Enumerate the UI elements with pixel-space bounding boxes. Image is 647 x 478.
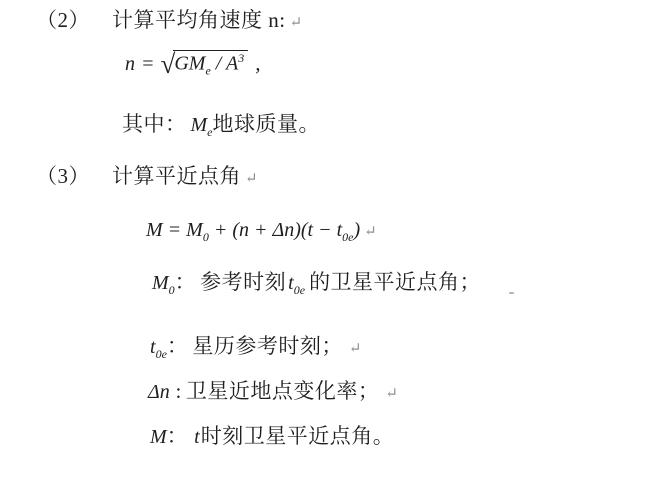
definition-symbol: M (150, 426, 167, 448)
mean-anomaly-formula: M = M0 + (n + Δn)(t − t0e)↵ (146, 218, 377, 245)
equals-sign: = (141, 53, 155, 75)
definition-symbol: Δn (148, 381, 170, 403)
document-page: （2）计算平均角速度 n:↵ n=√GMe / A3, 其中：Me地球质量。 （… (0, 0, 647, 478)
definition-colon: : (170, 379, 182, 403)
section-3-title: 计算平近点角 (112, 164, 241, 188)
definition-colon: ： (175, 270, 197, 294)
note-suffix: 地球质量。 (213, 112, 321, 136)
definition-text: 时刻卫星平近点角。 (201, 424, 395, 448)
formula-lhs: n (125, 53, 135, 75)
inline-symbol-t-subscript: 0e (294, 283, 305, 297)
paragraph-mark-icon: ↵ (364, 224, 377, 240)
definition-text: 卫星近地点变化率； (186, 379, 380, 403)
radicand: GMe / A3 (173, 50, 248, 79)
definition-colon: ： (167, 334, 189, 358)
mean-motion-formula: n=√GMe / A3, (125, 48, 261, 82)
paragraph-mark-icon: ↵ (385, 386, 398, 402)
definition-symbol: M (152, 272, 169, 294)
definition-symbol-subscript: 0e (156, 347, 167, 361)
paragraph-mark-icon: ↵ (349, 341, 362, 357)
radicand-a-exponent: 3 (238, 51, 244, 65)
stray-mark (509, 292, 514, 294)
formula-part1: M = M (146, 219, 203, 241)
radicand-gm: GM (174, 53, 205, 75)
formula-t0e-subscript: 0e (342, 230, 353, 244)
definition-post-text: 的卫星平近点角； (309, 270, 481, 294)
formula-part2: + (n + Δn)(t − t (209, 219, 342, 241)
definition-m0: M0：参考时刻t0e的卫星平近点角； (152, 269, 481, 298)
inline-symbol-t: t (194, 426, 200, 448)
radical-sign-icon: √ (161, 49, 174, 79)
definition-pre-text: 参考时刻 (200, 270, 286, 294)
earth-mass-note: 其中：Me地球质量。 (122, 111, 320, 140)
section-2-title: 计算平均角速度 n: (112, 8, 286, 32)
definition-colon: ： (167, 424, 189, 448)
radicand-a: A (226, 53, 238, 75)
definition-t0e: t0e：星历参考时刻；↵ (150, 333, 361, 362)
definition-delta-n: Δn :卫星近地点变化率；↵ (148, 378, 398, 405)
formula-comma: , (255, 51, 261, 75)
note-prefix: 其中： (122, 112, 187, 136)
paragraph-mark-icon: ↵ (290, 15, 303, 31)
definition-text: 星历参考时刻； (192, 334, 343, 358)
inline-symbol-t: t (288, 272, 294, 294)
note-symbol: M (191, 114, 208, 136)
section-2-number: （2） (36, 8, 90, 32)
paragraph-mark-icon: ↵ (245, 171, 258, 187)
section-2-heading: （2）计算平均角速度 n:↵ (36, 7, 302, 33)
sqrt-radical: √GMe / A3 (161, 48, 249, 82)
formula-part3: ) (353, 219, 360, 241)
radicand-slash: / (211, 53, 226, 75)
definition-m: M：t时刻卫星平近点角。 (150, 423, 394, 450)
section-3-number: （3） (36, 164, 90, 188)
definition-symbol-subscript: 0 (169, 283, 175, 297)
section-3-heading: （3）计算平近点角↵ (36, 163, 258, 189)
